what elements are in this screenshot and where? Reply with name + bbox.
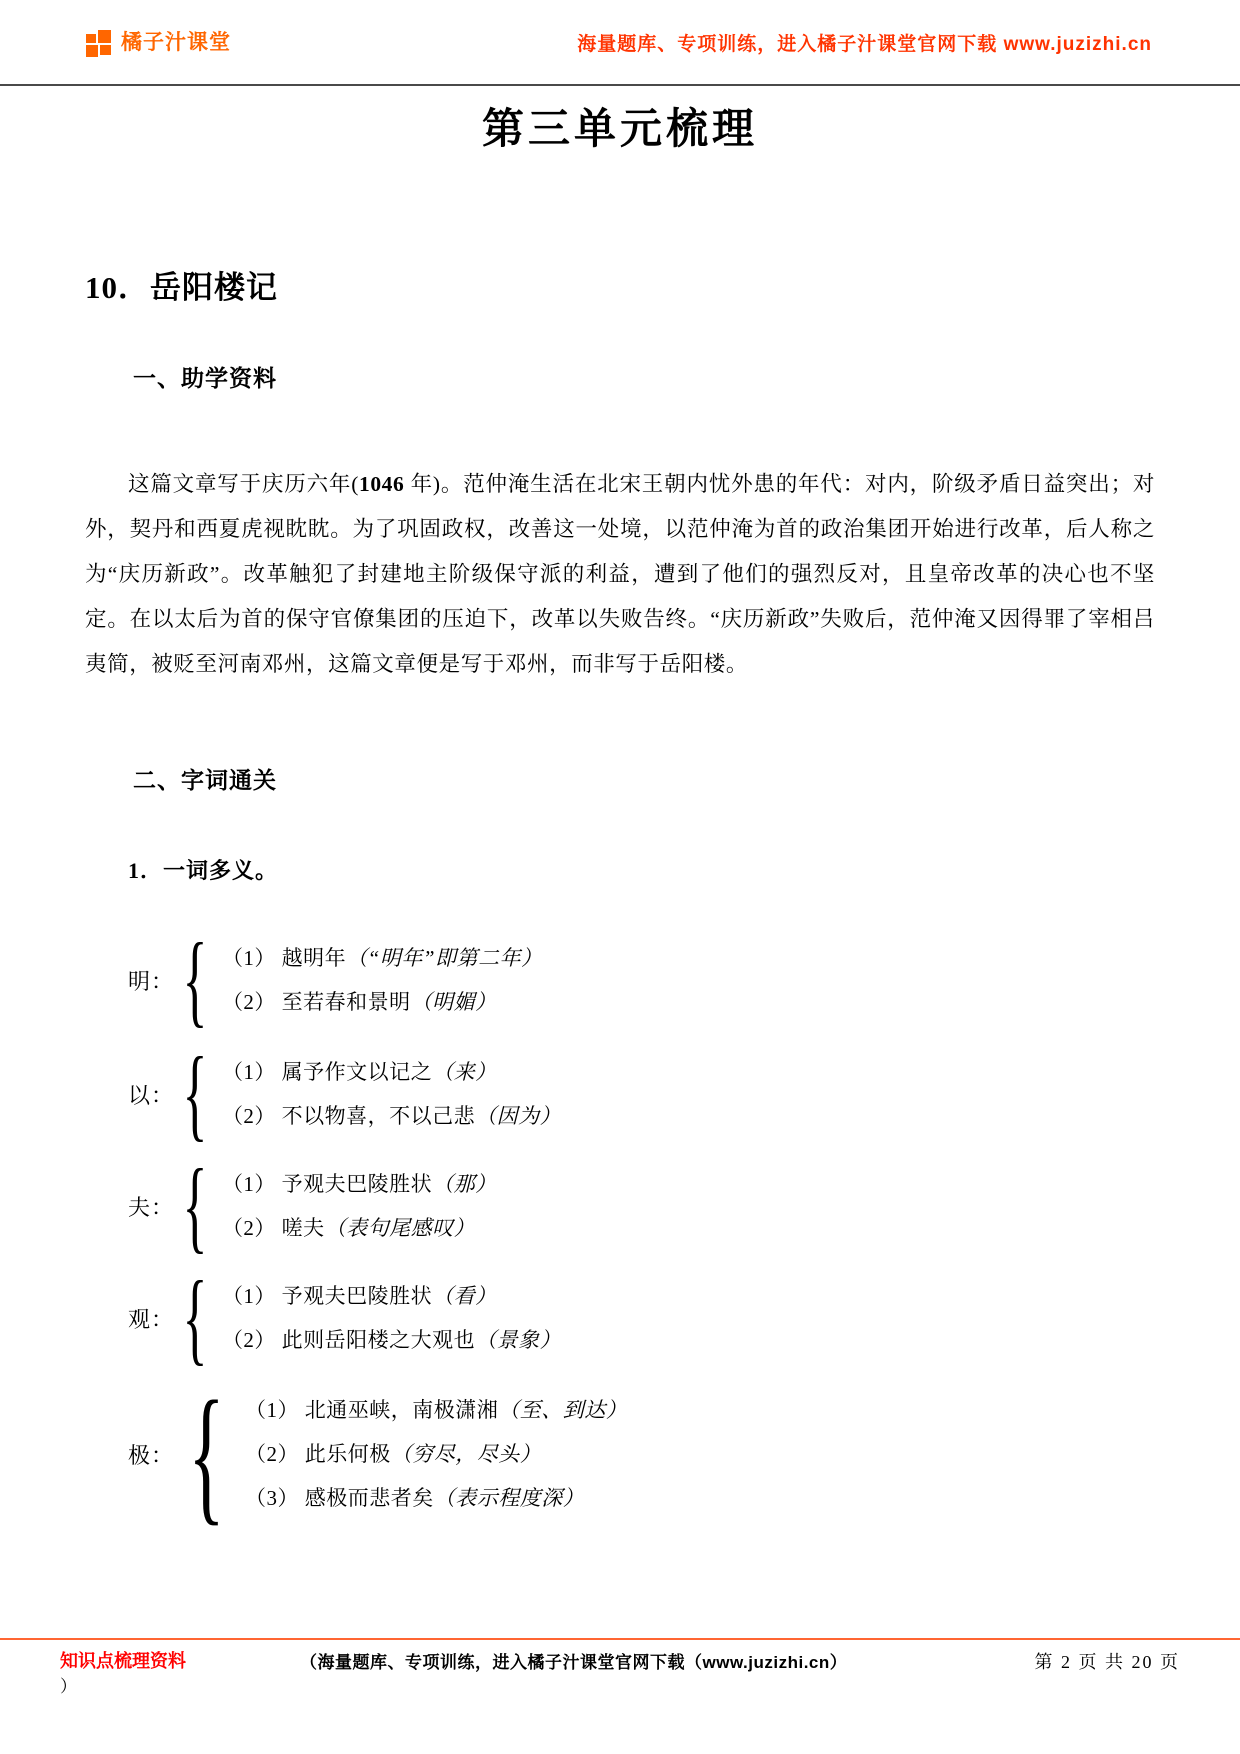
- brace-icon: {: [182, 928, 207, 1032]
- word-label: 明：: [128, 965, 174, 996]
- word-group-fu: 夫： { （1） 予观夫巴陵胜状（那） （2） 嗟夫（表句尾感叹）: [128, 1154, 497, 1258]
- item-gloss: （来）: [432, 1060, 497, 1084]
- item-gloss: （表示程度深）: [434, 1486, 585, 1510]
- lesson-heading: 10．岳阳楼记: [85, 262, 278, 307]
- word-label: 以：: [128, 1079, 174, 1110]
- item-gloss: （表句尾感叹）: [325, 1216, 476, 1240]
- brace-icon: {: [182, 1266, 207, 1370]
- paragraph-text-rest: 年)。范仲淹生活在北宋王朝内忧外患的年代：对内，阶级矛盾日益突出；对外，契丹和西…: [85, 472, 1155, 676]
- word-item: （2） 此乐何极（穷尽，尽头）: [245, 1432, 627, 1476]
- logo-icon: [85, 26, 115, 58]
- word-item: （2） 至若春和景明（明媚）: [222, 980, 543, 1024]
- word-item: （3） 感极而悲者矣（表示程度深）: [245, 1476, 627, 1520]
- item-text: （1） 予观夫巴陵胜状: [222, 1284, 432, 1308]
- word-label: 夫：: [128, 1191, 174, 1222]
- word-group-yi: 以： { （1） 属予作文以记之（来） （2） 不以物喜，不以己悲（因为）: [128, 1042, 561, 1146]
- header-promo-text: 海量题库、专项训练，进入橘子汁课堂官网下载 www.juzizhi.cn: [577, 29, 1152, 56]
- item-gloss: （明媚）: [411, 990, 497, 1014]
- word-group-ji: 极： { （1） 北通巫峡，南极潇湘（至、到达） （2） 此乐何极（穷尽，尽头）…: [128, 1378, 627, 1530]
- item-gloss: （那）: [432, 1172, 497, 1196]
- word-item: （2） 嗟夫（表句尾感叹）: [222, 1206, 497, 1250]
- item-gloss: （穷尽，尽头）: [391, 1442, 542, 1466]
- word-item: （2） 此则岳阳楼之大观也（景象）: [222, 1318, 561, 1362]
- item-gloss: （“明年”即第二年）: [346, 946, 542, 970]
- word-item: （1） 越明年（“明年”即第二年）: [222, 936, 543, 980]
- word-item: （1） 北通巫峡，南极潇湘（至、到达）: [245, 1388, 627, 1432]
- word-items: （1） 予观夫巴陵胜状（那） （2） 嗟夫（表句尾感叹）: [222, 1162, 497, 1250]
- footer-divider: [0, 1638, 1240, 1640]
- footer-label-text: 知识点梳理资料: [60, 1651, 186, 1671]
- item-text: （1） 越明年: [222, 946, 346, 970]
- item-gloss: （景象）: [475, 1328, 561, 1352]
- item-text: （1） 予观夫巴陵胜状: [222, 1172, 432, 1196]
- item-text: （2） 此则岳阳楼之大观也: [222, 1328, 475, 1352]
- page-footer: 知识点梳理资料 ） （海量题库、专项训练，进入橘子汁课堂官网下载（www.juz…: [60, 1648, 1180, 1700]
- item-text: （1） 属予作文以记之: [222, 1060, 432, 1084]
- item-text: （2） 此乐何极: [245, 1442, 391, 1466]
- item-text: （2） 不以物喜，不以己悲: [222, 1104, 475, 1128]
- brace-icon: {: [188, 1378, 224, 1530]
- word-items: （1） 越明年（“明年”即第二年） （2） 至若春和景明（明媚）: [222, 936, 543, 1024]
- subheading-polysemy: 1．一词多义。: [128, 854, 278, 885]
- item-gloss: （至、到达）: [498, 1398, 627, 1422]
- section-heading-study-material: 一、助学资料: [133, 360, 277, 393]
- footer-page-number: 第 2 页 共 20 页: [1010, 1648, 1180, 1674]
- document-page: 橘子汁课堂 海量题库、专项训练，进入橘子汁课堂官网下载 www.juzizhi.…: [0, 0, 1240, 1754]
- item-gloss: （因为）: [475, 1104, 561, 1128]
- section-heading-words: 二、字词通关: [133, 762, 277, 795]
- word-items: （1） 属予作文以记之（来） （2） 不以物喜，不以己悲（因为）: [222, 1050, 561, 1138]
- paragraph-text: 这篇文章写于庆历六年(: [128, 472, 359, 496]
- word-items: （1） 北通巫峡，南极潇湘（至、到达） （2） 此乐何极（穷尽，尽头） （3） …: [245, 1388, 627, 1520]
- word-items: （1） 予观夫巴陵胜状（看） （2） 此则岳阳楼之大观也（景象）: [222, 1274, 561, 1362]
- footer-label: 知识点梳理资料 ）: [60, 1648, 300, 1700]
- word-group-guan: 观： { （1） 予观夫巴陵胜状（看） （2） 此则岳阳楼之大观也（景象）: [128, 1266, 561, 1370]
- brace-icon: {: [182, 1154, 207, 1258]
- word-item: （1） 予观夫巴陵胜状（看）: [222, 1274, 561, 1318]
- word-group-ming: 明： { （1） 越明年（“明年”即第二年） （2） 至若春和景明（明媚）: [128, 928, 543, 1032]
- item-text: （3） 感极而悲者矣: [245, 1486, 434, 1510]
- word-item: （2） 不以物喜，不以己悲（因为）: [222, 1094, 561, 1138]
- item-text: （2） 嗟夫: [222, 1216, 325, 1240]
- intro-paragraph: 这篇文章写于庆历六年(1046 年)。范仲淹生活在北宋王朝内忧外患的年代：对内，…: [85, 462, 1155, 687]
- brand-logo: 橘子汁课堂: [85, 26, 231, 58]
- logo-text: 橘子汁课堂: [121, 26, 231, 58]
- word-item: （1） 予观夫巴陵胜状（那）: [222, 1162, 497, 1206]
- item-gloss: （看）: [432, 1284, 497, 1308]
- brace-icon: {: [182, 1042, 207, 1146]
- footer-promo-text: （海量题库、专项训练，进入橘子汁课堂官网下载（www.juzizhi.cn）: [300, 1648, 1010, 1673]
- page-header: 橘子汁课堂 海量题库、专项训练，进入橘子汁课堂官网下载 www.juzizhi.…: [0, 0, 1240, 86]
- page-title: 第三单元梳理: [0, 96, 1240, 156]
- footer-wrapped-paren: ）: [60, 1674, 300, 1700]
- word-label: 极：: [128, 1439, 174, 1470]
- item-text: （1） 北通巫峡，南极潇湘: [245, 1398, 498, 1422]
- word-label: 观：: [128, 1303, 174, 1334]
- paragraph-year-bold: 1046: [359, 472, 404, 496]
- item-text: （2） 至若春和景明: [222, 990, 411, 1014]
- word-item: （1） 属予作文以记之（来）: [222, 1050, 561, 1094]
